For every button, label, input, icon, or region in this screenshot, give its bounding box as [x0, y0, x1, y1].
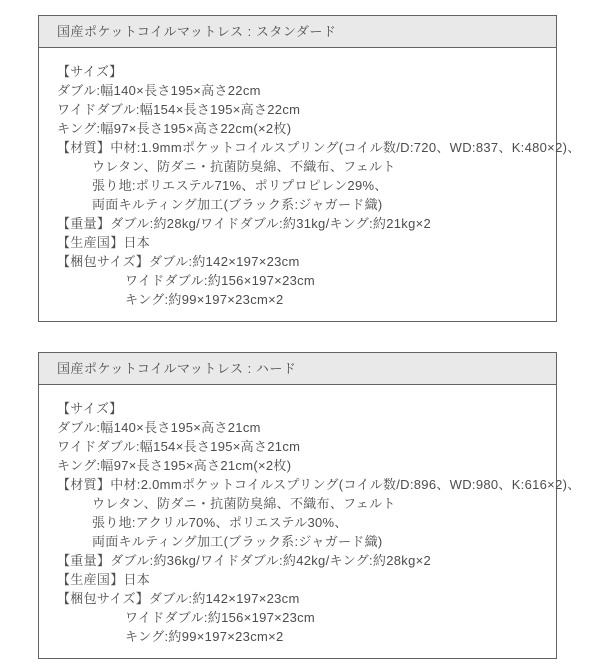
spec-line-package-double: 【梱包サイズ】ダブル:約142×197×23cm [57, 252, 544, 271]
spec-box-body: 【サイズ】 ダブル:幅140×長さ195×高さ21cm ワイドダブル:幅154×… [39, 385, 556, 658]
spec-line-material-cont-3: 両面キルティング加工(ブラック系:ジャガード織) [57, 532, 544, 551]
spec-line-material-cont-2: 張り地:アクリル70%、ポリエステル30%、 [57, 513, 544, 532]
spec-line-size-wide-double: ワイドダブル:幅154×長さ195×高さ22cm [57, 100, 544, 119]
spec-line-weight: 【重量】ダブル:約36kg/ワイドダブル:約42kg/キング:約28kg×2 [57, 551, 544, 570]
spec-line-material-cont-3: 両面キルティング加工(ブラック系:ジャガード織) [57, 195, 544, 214]
spec-line-material: 【材質】中材:2.0mmポケットコイルスプリング(コイル数/D:896、WD:9… [57, 475, 544, 494]
spec-line-country: 【生産国】日本 [57, 233, 544, 252]
spec-line-material-cont-2: 張り地:ポリエステル71%、ポリプロピレン29%、 [57, 176, 544, 195]
spec-line-material-cont-1: ウレタン、防ダニ・抗菌防臭綿、不織布、フェルト [57, 157, 544, 176]
spec-line-package-wide: ワイドダブル:約156×197×23cm [57, 271, 544, 290]
spec-line-size-king: キング:幅97×長さ195×高さ21cm(×2枚) [57, 456, 544, 475]
spec-line-size-double: ダブル:幅140×長さ195×高さ21cm [57, 418, 544, 437]
spec-line-size-heading: 【サイズ】 [57, 62, 544, 81]
spec-line-weight: 【重量】ダブル:約28kg/ワイドダブル:約31kg/キング:約21kg×2 [57, 214, 544, 233]
spec-box-title: 国産ポケットコイルマットレス : ハード [39, 353, 556, 385]
spec-line-size-heading: 【サイズ】 [57, 399, 544, 418]
spec-line-package-wide: ワイドダブル:約156×197×23cm [57, 608, 544, 627]
spec-line-country: 【生産国】日本 [57, 570, 544, 589]
spec-box-body: 【サイズ】 ダブル:幅140×長さ195×高さ22cm ワイドダブル:幅154×… [39, 48, 556, 321]
spec-line-package-king: キング:約99×197×23cm×2 [57, 290, 544, 309]
spec-box-title: 国産ポケットコイルマットレス : スタンダード [39, 16, 556, 48]
spec-line-package-double: 【梱包サイズ】ダブル:約142×197×23cm [57, 589, 544, 608]
spec-line-package-king: キング:約99×197×23cm×2 [57, 627, 544, 646]
spec-box-hard: 国産ポケットコイルマットレス : ハード 【サイズ】 ダブル:幅140×長さ19… [38, 352, 557, 659]
spec-box-standard: 国産ポケットコイルマットレス : スタンダード 【サイズ】 ダブル:幅140×長… [38, 15, 557, 322]
spec-line-size-wide-double: ワイドダブル:幅154×長さ195×高さ21cm [57, 437, 544, 456]
spec-line-size-double: ダブル:幅140×長さ195×高さ22cm [57, 81, 544, 100]
spec-line-size-king: キング:幅97×長さ195×高さ22cm(×2枚) [57, 119, 544, 138]
spec-line-material: 【材質】中材:1.9mmポケットコイルスプリング(コイル数/D:720、WD:8… [57, 138, 544, 157]
spec-line-material-cont-1: ウレタン、防ダニ・抗菌防臭綿、不織布、フェルト [57, 494, 544, 513]
